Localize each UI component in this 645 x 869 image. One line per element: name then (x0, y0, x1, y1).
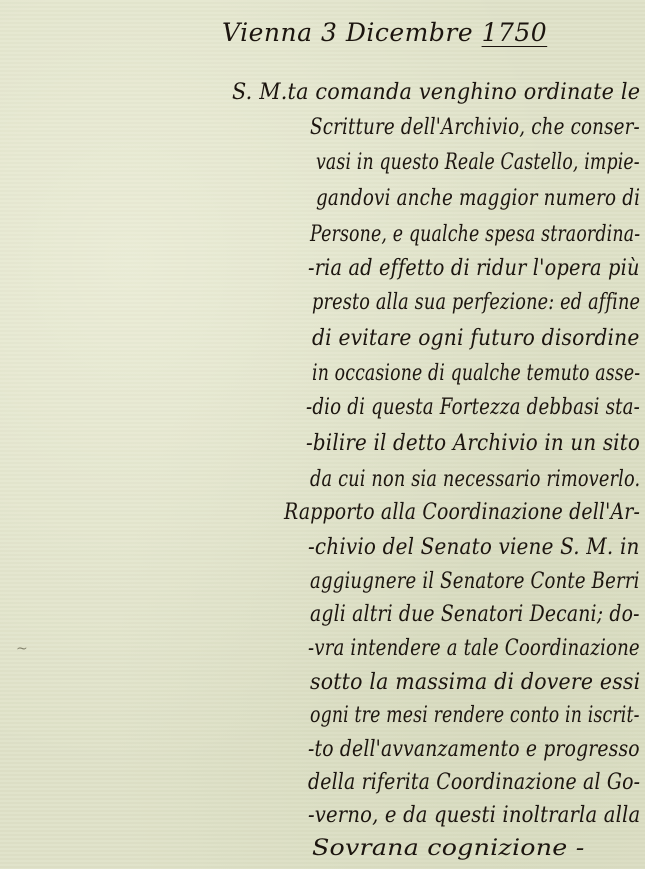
body-line: sotto la massima di dovere essi (310, 670, 640, 695)
body-line: S. M.ta comanda venghino ordinate le (232, 80, 640, 105)
body-line: agli altri due Senatori Decani; do- (310, 602, 640, 627)
body-line: ogni tre mesi rendere conto in iscrit- (310, 703, 640, 728)
body-line: -chivio del Senato viene S. M. in (308, 535, 640, 560)
body-line: aggiugnere il Senatore Conte Berri (310, 569, 640, 594)
body-line: di evitare ogni futuro disordine (312, 326, 640, 351)
margin-mark: ~ (16, 641, 28, 657)
body-line: Scritture dell'Archivio, che conser- (310, 115, 640, 140)
body-line: da cui non sia necessario rimoverlo. (310, 467, 640, 492)
body-line: -to dell'avvanzamento e progresso (308, 737, 640, 762)
dateline-month: Dicembre (346, 18, 473, 47)
body-line: Sovrana cognizione - (312, 836, 585, 861)
body-line: vasi in questo Reale Castello, impie- (316, 150, 640, 175)
body-line: gandovi anche maggior numero di (316, 186, 640, 211)
body-line: presto alla sua perfezione: ed affine (312, 290, 640, 315)
dateline-place: Vienna (222, 18, 313, 47)
body-line: in occasione di qualche temuto asse- (312, 361, 640, 386)
body-line: -verno, e da questi inoltrarla alla (308, 803, 640, 828)
body-line: Persone, e qualche spesa straordina- (310, 222, 640, 247)
dateline-day: 3 (321, 18, 337, 47)
manuscript-page: Vienna 3 Dicembre 1750 ~ S. M.ta comanda… (0, 0, 645, 869)
body-line: -dio di questa Fortezza debbasi sta- (306, 395, 640, 420)
dateline: Vienna 3 Dicembre 1750 (222, 18, 547, 47)
body-line: Rapporto alla Coordinazione dell'Ar- (284, 500, 640, 525)
dateline-year: 1750 (482, 18, 548, 47)
body-line: -vra intendere a tale Coordinazione (308, 636, 640, 661)
body-line: della riferita Coordinazione al Go- (308, 770, 640, 795)
body-line: -bilire il detto Archivio in un sito (306, 431, 640, 456)
body-line: -ria ad effetto di ridur l'opera più (308, 256, 640, 281)
